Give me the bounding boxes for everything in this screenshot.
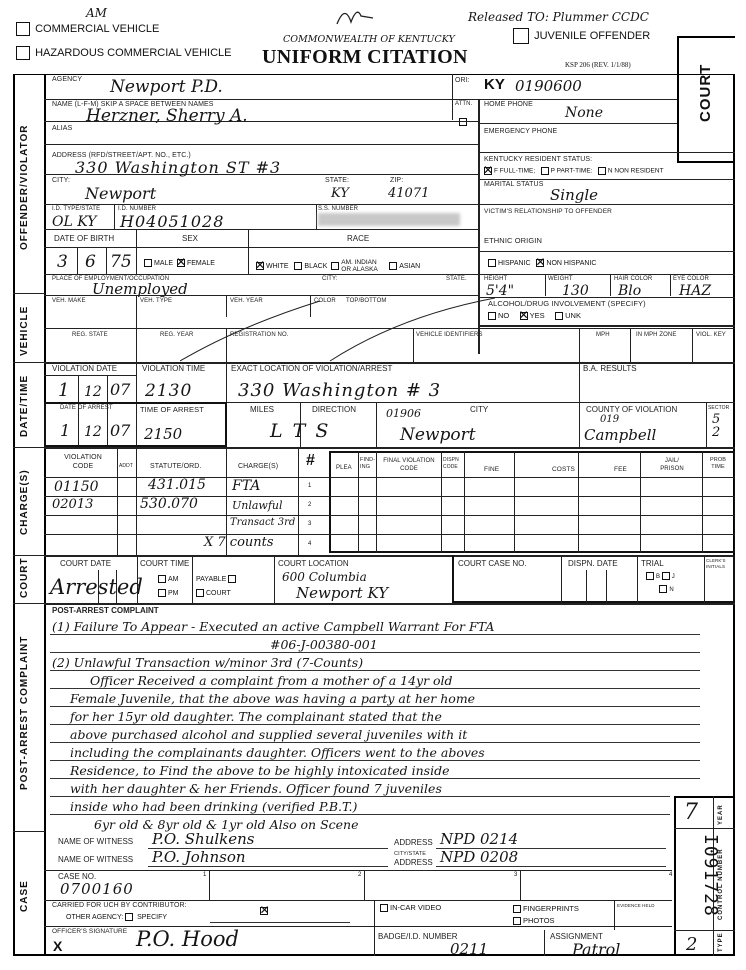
ethnic-non-checkbox[interactable] bbox=[536, 259, 544, 267]
direction-label: DIRECTION bbox=[312, 405, 356, 414]
resident-full-checkbox[interactable] bbox=[484, 167, 492, 175]
agency-value: Newport P.D. bbox=[110, 77, 223, 97]
signature-x: X bbox=[53, 938, 62, 954]
juvenile-offender-option[interactable]: JUVENILE OFFENDER bbox=[513, 28, 650, 44]
ethnic-hispanic-checkbox[interactable] bbox=[488, 259, 496, 267]
col-violation-code: VIOLATION CODE bbox=[58, 453, 108, 471]
trial-n-label: N bbox=[669, 587, 673, 593]
row-number: 1 bbox=[308, 483, 311, 489]
row-violation-code: 02013 bbox=[52, 497, 93, 512]
case-no-value: 0700160 bbox=[60, 880, 134, 898]
ethnic-non-label: NON HISPANIC bbox=[546, 260, 596, 267]
resident-full-label: F FULL-TIME; bbox=[494, 168, 535, 175]
col-fee: FEE bbox=[614, 466, 627, 473]
specify-label: SPECIFY bbox=[137, 914, 167, 921]
dob-year: 75 bbox=[110, 252, 132, 272]
violation-time: 2130 bbox=[145, 381, 192, 401]
county-code: 019 bbox=[600, 414, 619, 425]
badge-label: BADGE/I.D. NUMBER bbox=[378, 932, 458, 941]
row-number: 2 bbox=[308, 502, 311, 508]
resident-status-label: KENTUCKY RESIDENT STATUS: bbox=[484, 156, 592, 163]
fingerprints-checkbox[interactable] bbox=[513, 905, 521, 913]
court-checkbox[interactable] bbox=[196, 589, 204, 597]
ori-label: ORI: bbox=[455, 77, 470, 84]
viol-key-label: VIOL. KEY bbox=[696, 332, 726, 338]
col-statute: STATUTE/ORD. bbox=[150, 463, 202, 470]
employment-city-label: CITY: bbox=[322, 276, 338, 282]
employment-state-label: STATE. bbox=[446, 276, 467, 282]
complaint-line: for her 15yr old daughter. The complaina… bbox=[70, 709, 442, 724]
arrest-time-label: TIME OF ARREST bbox=[140, 405, 204, 414]
reg-state-label: REG. STATE bbox=[72, 332, 108, 338]
initials-note: AM bbox=[86, 6, 107, 20]
complaint-label: POST-ARREST COMPLAINT bbox=[52, 606, 159, 615]
trial-b-label: B bbox=[656, 574, 660, 580]
in-car-video-checkbox[interactable] bbox=[380, 904, 388, 912]
witness1-address-label: ADDRESS bbox=[394, 838, 433, 847]
trial-j-checkbox[interactable] bbox=[662, 572, 670, 580]
dispn-date-label: DISPN. DATE bbox=[568, 559, 618, 568]
signature-value: P.O. Hood bbox=[136, 927, 239, 951]
control-type: 2 bbox=[686, 934, 697, 955]
row-statute: 530.070 bbox=[140, 496, 198, 512]
court-option-label: COURT bbox=[206, 590, 231, 597]
attn-label: ATTN. bbox=[455, 101, 472, 107]
hazardous-vehicle-checkbox[interactable] bbox=[16, 46, 30, 60]
trial-label: TRIAL bbox=[641, 559, 664, 568]
col-dispn-code: DISPN CODE bbox=[443, 457, 461, 471]
county-value: Campbell bbox=[584, 426, 656, 444]
trial-j-label: J bbox=[672, 574, 675, 580]
county-label: COUNTY OF VIOLATION bbox=[586, 405, 677, 414]
col-charges: CHARGE(S) bbox=[238, 463, 278, 470]
evidence-options: FINGERPRINTS PHOTOS bbox=[513, 903, 579, 927]
court-pm-label: PM bbox=[168, 590, 179, 597]
col-costs: COSTS bbox=[552, 466, 575, 473]
ori-value: 0190600 bbox=[515, 77, 582, 95]
row-statute: 431.015 bbox=[148, 477, 206, 493]
violation-day: 12 bbox=[84, 384, 102, 400]
hazardous-vehicle-option[interactable]: HAZARDOUS COMMERCIAL VEHICLE bbox=[16, 46, 231, 60]
form-number: KSP 206 (REV. 1/1/88) bbox=[565, 61, 631, 69]
veh-make-label: VEH. MAKE bbox=[52, 298, 86, 304]
resident-status-options: F FULL-TIME; P PART-TIME: N NON RESIDENT bbox=[484, 167, 664, 175]
section-vehicle: VEHICLE bbox=[19, 306, 30, 356]
height-label: HEIGHT bbox=[484, 276, 507, 282]
witness2-name: P.O. Johnson bbox=[152, 848, 246, 866]
race-options: WHITE BLACK AM. INDIAN OR ALASKA ASIAN bbox=[256, 259, 420, 273]
case-slot-3: 3 bbox=[514, 872, 517, 878]
row-number: 4 bbox=[308, 541, 311, 547]
payable-checkbox[interactable] bbox=[228, 575, 236, 583]
victim-relationship-label: VICTIM'S RELATIONSHIP TO OFFENDER bbox=[484, 208, 612, 215]
eye-color-label: EYE COLOR bbox=[673, 276, 709, 282]
section-complaint: POST-ARREST COMPLAINT bbox=[19, 636, 30, 790]
row-charge: Transact 3rd bbox=[230, 517, 295, 528]
resident-part-label: P PART-TIME: bbox=[551, 168, 593, 175]
witness2-address-label: ADDRESS bbox=[394, 858, 433, 867]
in-car-video-option: IN-CAR VIDEO bbox=[380, 903, 441, 912]
sex-male-checkbox[interactable] bbox=[144, 259, 152, 267]
witness2-citystate-label: CITY/STATE bbox=[394, 851, 426, 857]
sex-female-checkbox[interactable] bbox=[177, 259, 185, 267]
col-fine: FINE bbox=[484, 466, 499, 473]
col-jail: JAIL/ PRISON bbox=[654, 457, 690, 473]
hazardous-vehicle-label: HAZARDOUS COMMERCIAL VEHICLE bbox=[35, 47, 231, 59]
ethnic-hispanic-label: HISPANIC bbox=[498, 260, 531, 267]
alcohol-label: ALCOHOL/DRUG INVOLVEMENT (SPECIFY) bbox=[488, 299, 646, 308]
dob-day: 6 bbox=[85, 252, 96, 272]
badge-value: 0211 bbox=[450, 940, 488, 958]
city-label: CITY: bbox=[52, 177, 70, 184]
court-location-line2: Newport KY bbox=[296, 584, 388, 602]
arrest-time: 2150 bbox=[144, 425, 182, 443]
complaint-line: #06-J-00380-001 bbox=[270, 637, 378, 652]
violation-month: 1 bbox=[58, 380, 69, 401]
id-type-label: I.D. TYPE/STATE bbox=[52, 206, 100, 212]
court-time-label: COURT TIME bbox=[140, 559, 189, 568]
alcohol-unk-label: UNK bbox=[565, 311, 581, 320]
city-code: 01906 bbox=[386, 407, 421, 420]
complaint-line: Female Juvenile, that the above was havi… bbox=[70, 691, 475, 706]
dob-month: 3 bbox=[57, 252, 68, 272]
race-asian-label: ASIAN bbox=[399, 263, 420, 270]
home-phone-label: HOME PHONE bbox=[484, 101, 533, 108]
commonwealth-label: COMMONWEALTH OF KENTUCKY bbox=[283, 34, 455, 45]
zone-label: IN MPH ZONE bbox=[636, 332, 676, 338]
other-agency-checkbox[interactable] bbox=[125, 913, 133, 921]
complaint-line: with her daughter & her Friends. Officer… bbox=[70, 781, 442, 796]
sex-label: SEX bbox=[182, 234, 198, 243]
case-slot-4: 4 bbox=[669, 872, 672, 878]
charges-table: VIOLATION CODE ADDT STATUTE/ORD. CHARGE(… bbox=[44, 447, 735, 555]
resident-part-checkbox[interactable] bbox=[541, 167, 549, 175]
col-number: # bbox=[306, 452, 315, 470]
resident-non-checkbox[interactable] bbox=[598, 167, 606, 175]
complaint-line: (1) Failure To Appear - Executed an acti… bbox=[52, 619, 494, 634]
state-value: KY bbox=[331, 186, 349, 201]
row-number: 3 bbox=[308, 521, 311, 527]
control-number-label: CONTROL NUMBER bbox=[718, 848, 724, 920]
agency-label: AGENCY bbox=[52, 76, 82, 83]
veh-type-label: VEH. TYPE bbox=[140, 298, 172, 304]
ssn-redacted bbox=[318, 213, 460, 226]
datetime-city-label: CITY bbox=[470, 405, 488, 414]
city-value: Newport bbox=[85, 184, 156, 203]
sector-label: SECTOR bbox=[708, 405, 729, 411]
juvenile-offender-label: JUVENILE OFFENDER bbox=[534, 30, 650, 42]
miles-label: MILES bbox=[250, 405, 274, 414]
race-black-label: BLACK bbox=[304, 263, 327, 270]
control-year-label: YEAR bbox=[718, 804, 724, 825]
alias-label: ALIAS bbox=[52, 125, 72, 132]
clerk-initials-label: CLERK'S INITIALS bbox=[706, 558, 732, 570]
in-car-video-label: IN-CAR VIDEO bbox=[390, 903, 441, 912]
other-agency-row: OTHER AGENCY: SPECIFY bbox=[66, 913, 167, 921]
court-location-label: COURT LOCATION bbox=[278, 559, 349, 568]
col-final-code: FINAL VIOLATION CODE bbox=[378, 457, 440, 473]
race-asian-checkbox[interactable] bbox=[389, 262, 397, 270]
carried-label: CARRIED FOR UCH BY CONTRIBUTOR: bbox=[52, 902, 187, 909]
datetime-city-value: Newport bbox=[400, 425, 476, 445]
court-time-options: AM PM bbox=[158, 573, 179, 601]
commercial-vehicle-checkbox[interactable] bbox=[16, 22, 30, 36]
marital-status-label: MARITAL STATUS bbox=[484, 181, 543, 188]
header: AM COMMERCIAL VEHICLE HAZARDOUS COMMERCI… bbox=[0, 0, 746, 78]
arrest-date-label: DATE OF ARREST bbox=[60, 405, 113, 411]
hair-color-label: HAIR COLOR bbox=[614, 276, 652, 282]
location-label: EXACT LOCATION OF VIOLATION/ARREST bbox=[231, 364, 392, 373]
witness2-name-label: NAME OF WITNESS bbox=[58, 855, 133, 864]
alcohol-unk-checkbox[interactable] bbox=[555, 312, 563, 320]
table-row: 02013 530.070 Unlawful 2 bbox=[44, 496, 329, 515]
arrest-year: 07 bbox=[110, 421, 130, 440]
commercial-vehicle-option[interactable]: COMMERCIAL VEHICLE bbox=[16, 22, 159, 36]
court-pm-checkbox[interactable] bbox=[158, 589, 166, 597]
row-charge: X 7 counts bbox=[204, 535, 274, 550]
race-label: RACE bbox=[347, 234, 369, 243]
table-row: X 7 counts 4 bbox=[44, 534, 329, 553]
vehicle-strikethrough-icon bbox=[180, 296, 510, 371]
id-type-value: OL KY bbox=[52, 214, 97, 230]
case-slot-2: 2 bbox=[358, 872, 361, 878]
trial-b-checkbox[interactable] bbox=[646, 572, 654, 580]
trial-options: B J N bbox=[646, 571, 675, 597]
court-am-checkbox[interactable] bbox=[158, 575, 166, 583]
assignment-value: Patrol bbox=[572, 940, 620, 959]
section-offender: OFFENDER/VIOLATOR bbox=[19, 124, 30, 250]
complaint-line: including the complainants daughter. Off… bbox=[70, 745, 485, 760]
witness1-name-label: NAME OF WITNESS bbox=[58, 837, 133, 846]
sector-value: 5 2 bbox=[712, 413, 726, 439]
carried-checkbox[interactable] bbox=[260, 907, 268, 915]
violation-time-label: VIOLATION TIME bbox=[142, 364, 205, 373]
location-value: 330 Washington # 3 bbox=[238, 380, 441, 401]
sex-female-label: FEMALE bbox=[187, 260, 215, 267]
row-charge: Unlawful bbox=[232, 499, 283, 512]
sex-options: MALE FEMALE bbox=[144, 259, 215, 267]
court-date-value: Arrested bbox=[50, 575, 143, 599]
witness1-address: NPD 0214 bbox=[440, 830, 518, 848]
case-slot-1: 1 bbox=[203, 872, 206, 878]
juvenile-offender-checkbox[interactable] bbox=[513, 28, 529, 44]
photos-label: PHOTOS bbox=[523, 916, 555, 925]
col-prob-time: PROB TIME bbox=[706, 457, 730, 471]
race-white-checkbox[interactable] bbox=[256, 262, 264, 270]
mph-label: MPH bbox=[596, 332, 610, 338]
fingerprints-label: FINGERPRINTS bbox=[523, 904, 579, 913]
weight-label: WEIGHT bbox=[548, 276, 573, 282]
sex-male-label: MALE bbox=[154, 260, 173, 267]
complaint-line: above purchased alcohol and supplied sev… bbox=[70, 727, 467, 742]
table-row: 01150 431.015 FTA 1 bbox=[44, 477, 329, 496]
other-agency-label: OTHER AGENCY: bbox=[66, 914, 123, 921]
section-case: CASE bbox=[19, 880, 30, 912]
released-note: Released TO: Plummer CCDC bbox=[468, 10, 649, 24]
zip-label: ZIP: bbox=[390, 177, 403, 184]
photos-checkbox[interactable] bbox=[513, 917, 521, 925]
state-label: STATE: bbox=[325, 177, 349, 184]
col-finding: FIND-ING bbox=[360, 457, 374, 471]
trial-n-checkbox[interactable] bbox=[659, 585, 667, 593]
alcohol-yes-label: YES bbox=[530, 311, 545, 320]
witness2-address: NPD 0208 bbox=[440, 848, 518, 866]
race-amindian-checkbox[interactable] bbox=[331, 262, 339, 270]
col-addt: ADDT bbox=[119, 463, 133, 469]
section-charges: CHARGE(S) bbox=[19, 469, 30, 535]
col-plea: PLEA bbox=[336, 465, 352, 471]
complaint-line: inside who had been drinking (verified P… bbox=[70, 799, 357, 814]
arrest-month: 1 bbox=[60, 421, 70, 440]
race-white-label: WHITE bbox=[266, 263, 289, 270]
page-title: UNIFORM CITATION bbox=[262, 46, 468, 69]
alcohol-yes-checkbox[interactable] bbox=[520, 312, 528, 320]
resident-non-label: N NON RESIDENT bbox=[608, 168, 664, 175]
complaint-line: Residence, to Find the above to be highl… bbox=[70, 763, 449, 778]
ethnic-options: HISPANIC NON HISPANIC bbox=[488, 259, 596, 267]
complaint-line: Officer Received a complaint from a moth… bbox=[90, 673, 453, 688]
evidence-held-label: EVIDENCE HELD bbox=[617, 903, 655, 908]
complaint-line: (2) Unlawful Transaction w/minor 3rd (7-… bbox=[52, 655, 363, 670]
court-location-line1: 600 Columbia bbox=[282, 570, 367, 584]
zip-value: 41071 bbox=[388, 186, 429, 201]
commercial-vehicle-label: COMMERCIAL VEHICLE bbox=[35, 23, 159, 35]
signature-scribble-icon bbox=[335, 2, 375, 33]
marital-status-value: Single bbox=[550, 186, 598, 204]
race-black-checkbox[interactable] bbox=[294, 262, 302, 270]
race-amindian-label: AM. INDIAN OR ALASKA bbox=[341, 259, 387, 273]
home-phone-value: None bbox=[565, 105, 603, 121]
court-date-label: COURT DATE bbox=[60, 559, 111, 568]
witness1-name: P.O. Shulkens bbox=[152, 830, 255, 848]
emergency-phone-label: EMERGENCY PHONE bbox=[484, 128, 557, 135]
ori-prefix: KY bbox=[484, 76, 505, 93]
payable-label: PAYABLE bbox=[196, 576, 226, 583]
row-violation-code: 01150 bbox=[54, 479, 99, 495]
violation-date-label: VIOLATION DATE bbox=[52, 364, 117, 373]
control-type-label: TYPE bbox=[718, 932, 724, 952]
name-value: Herzner, Sherry A. bbox=[86, 106, 248, 126]
court-case-no-label: COURT CASE NO. bbox=[458, 559, 527, 568]
ssn-label: S.S. NUMBER bbox=[318, 206, 358, 212]
table-row: Transact 3rd 3 bbox=[44, 515, 329, 534]
violation-year: 07 bbox=[110, 380, 130, 399]
miles-direction-value: L T S bbox=[270, 420, 330, 442]
dob-label: DATE OF BIRTH bbox=[54, 234, 114, 243]
court-am-label: AM bbox=[168, 576, 179, 583]
ethnic-origin-label: ETHNIC ORIGIN bbox=[484, 236, 542, 245]
signature-label: OFFICER'S SIGNATURE bbox=[52, 928, 127, 935]
row-charge: FTA bbox=[232, 478, 260, 494]
section-court: COURT bbox=[19, 557, 30, 598]
arrest-day: 12 bbox=[84, 424, 102, 440]
payable-options: PAYABLE COURT bbox=[196, 573, 238, 601]
ba-results-label: B.A. RESULTS bbox=[583, 364, 637, 373]
section-datetime: DATE/TIME bbox=[19, 375, 30, 437]
control-year: 7 bbox=[684, 800, 698, 825]
